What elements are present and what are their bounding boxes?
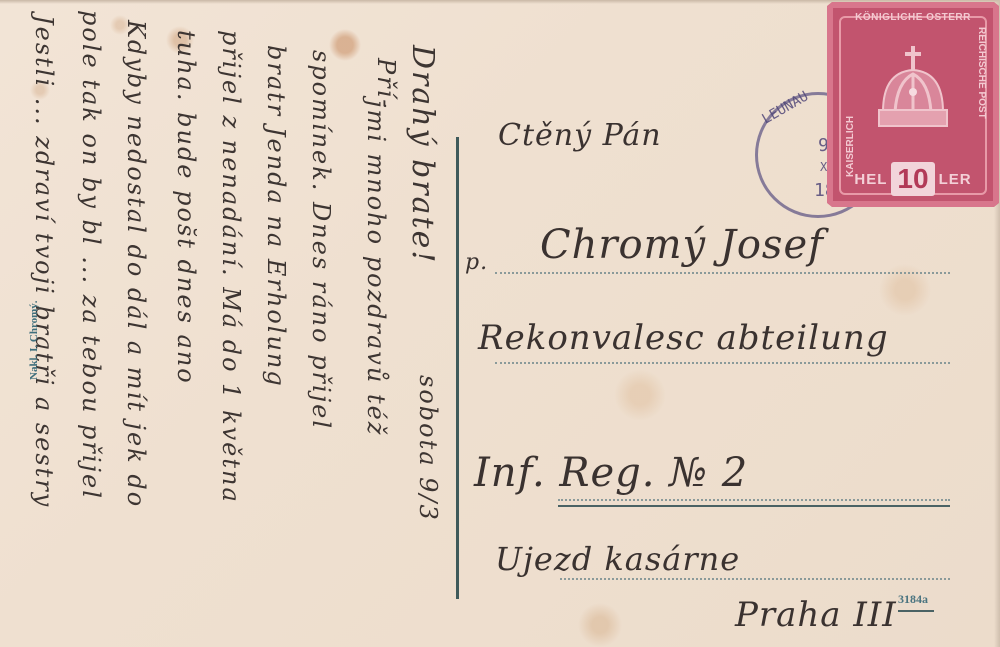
- stamp-unit-right: LER: [939, 171, 972, 188]
- postage-stamp: KÖNIGLICHE OSTERR KAISERLICH REICHISCHE …: [827, 2, 999, 207]
- address-line-1: [495, 272, 950, 274]
- postmark-month: X: [820, 160, 827, 174]
- address-line-4: [560, 578, 950, 580]
- address-name-prefix: p.: [465, 250, 488, 275]
- message-line: jmi mnoho pozdravů též: [362, 100, 390, 436]
- address-regiment: Inf. Reg. № 2: [474, 450, 748, 496]
- stamp-denomination-row: HEL 10 LER: [837, 161, 989, 197]
- stamp-unit-left: HEL: [854, 171, 887, 188]
- address-name: Chromý Josef: [540, 222, 824, 268]
- message-line: bratr Jenda na Erholung: [262, 45, 290, 388]
- address-salutation: Ctěný Pán: [498, 118, 662, 153]
- stamp-denomination: 10: [891, 162, 934, 196]
- message-date: sobota 9/3: [414, 375, 442, 522]
- publisher-imprint: Nakl. I. Chromý.: [28, 300, 40, 380]
- address-line-2: [495, 362, 950, 364]
- address-line-3: [558, 499, 950, 501]
- crown-icon: [875, 42, 951, 142]
- postcard-back: Drahý brate! Pří- jmi mnoho pozdravů též…: [0, 0, 1000, 647]
- catalog-number: 3184a: [898, 592, 928, 607]
- address-underline: [558, 505, 950, 507]
- message-line: Kdyby nedostal do dál a mít jek do: [122, 20, 150, 508]
- catalog-underline: [898, 610, 934, 612]
- address-city: Praha III: [735, 595, 897, 635]
- message-line: tuha. bude pos̆t dnes ano: [172, 30, 200, 385]
- center-divider: [456, 137, 459, 599]
- address-barracks: Ujezd kasárne: [495, 540, 740, 578]
- stamp-right-text: REICHISCHE POST: [976, 27, 987, 119]
- message-line: Jestli ... zdraví tvoji bratři a sestry: [30, 15, 58, 508]
- message-line: pole tak on by bl ... za tebou přijel: [77, 10, 105, 500]
- message-line: spomínek. Dnes ráno přijel: [307, 50, 335, 430]
- message-line: přijel z nenadání. Má do 1 května: [217, 30, 245, 504]
- message-greeting: Drahý brate!: [405, 45, 440, 264]
- stamp-top-text: KÖNIGLICHE OSTERR: [827, 12, 999, 23]
- address-unit: Rekonvalesc abteilung: [478, 318, 889, 358]
